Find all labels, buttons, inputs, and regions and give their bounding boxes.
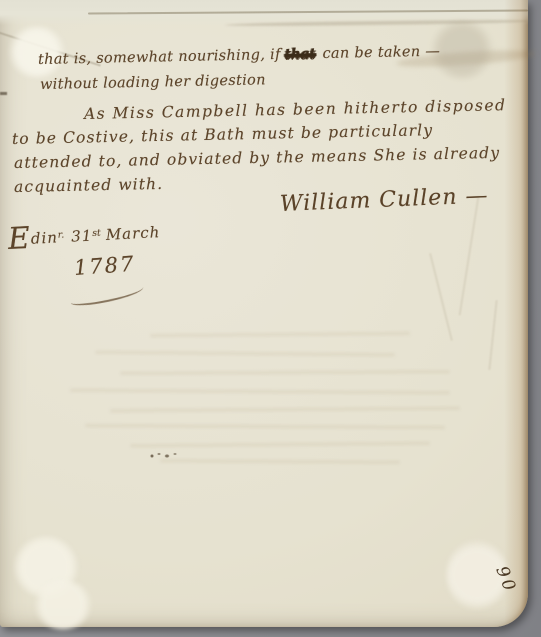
year-underline-flourish [69,282,144,309]
folio-number: 90 [491,563,520,596]
dateline-place: din [30,228,58,247]
letter-line-1: that is, somewhat nourishing, ifthatcan … [38,44,440,68]
paper-wrinkle [488,300,497,370]
show-through-line [120,370,450,375]
paper-wrinkle [429,253,453,341]
dateline-day: 31 [71,227,93,246]
show-through-line [70,389,450,395]
dateline-month: March [105,223,160,244]
signature-william-cullen: William Cullen — [279,183,488,217]
wafer-stain-bottom-left-2 [34,580,92,630]
flourished-initial: E [7,221,32,257]
dateline-day-superscript: st [92,228,101,239]
paper-wrinkle [459,197,480,316]
letter-line-6: acquainted with. [14,175,164,196]
ink-smudge [148,450,180,460]
scanned-letter-page: that is, somewhat nourishing, ifthatcan … [0,0,541,637]
letter-line-1-continued: can be taken — [322,44,440,62]
dateline-place-superscript: r. [58,229,65,240]
letter-paper: that is, somewhat nourishing, ifthatcan … [0,0,528,627]
show-through-line [160,459,400,464]
letter-line-5: attended to, and obviated by the means S… [14,144,500,172]
show-through-line [130,442,430,448]
letter-line-2: without loading her digestion [40,72,266,93]
dateline-place-date: Edinr.31stMarch [8,223,161,249]
show-through-line [110,407,460,412]
letter-line-3: As Miss Campbell has been hitherto dispo… [84,96,507,123]
dateline-year: 1787 [73,252,136,280]
show-through-line [95,351,395,357]
blotted-word: that [284,46,315,63]
letter-line-4: to be Costive, this at Bath must be part… [12,121,433,148]
show-through-line [85,424,445,429]
wafer-stain-bottom-left-1 [14,536,78,598]
letter-line-1-text: that is, somewhat nourishing, if [38,47,281,68]
show-through-line [150,332,410,337]
ink-fleck-left-edge [0,92,7,95]
